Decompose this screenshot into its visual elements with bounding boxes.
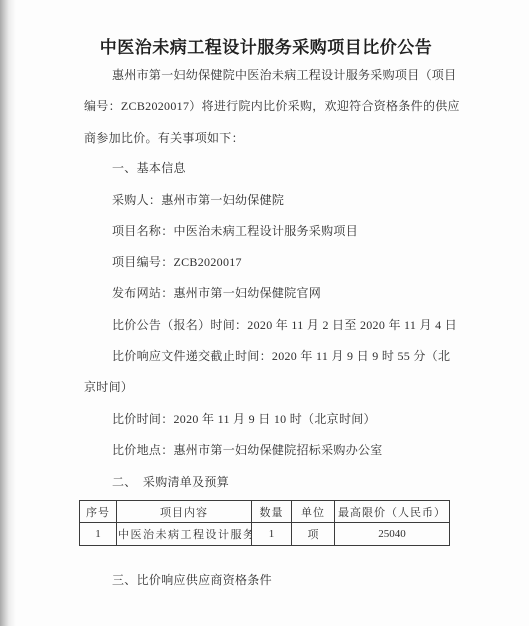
- col-header-unit: 单位: [292, 501, 335, 523]
- section3-heading: 三、比价响应供应商资格条件: [112, 572, 272, 588]
- document-title: 中医治未病工程设计服务采购项目比价公告: [84, 33, 448, 58]
- intro-line-1: 惠州市第一妇幼保健院中医治未病工程设计服务采购项目（项目: [112, 67, 456, 83]
- table-header-row: 序号 项目内容 数量 单位 最高限价（人民币）: [80, 501, 450, 523]
- project-number-line: 项目编号：ZCB2020017: [112, 254, 242, 270]
- section1-heading: 一、基本信息: [112, 160, 186, 176]
- comparison-time-line: 比价时间：2020 年 11 月 9 日 10 时（北京时间）: [112, 411, 376, 427]
- col-header-content: 项目内容: [117, 501, 252, 523]
- deadline-line-wrap: 京时间）: [84, 379, 133, 395]
- buyer-line: 采购人：惠州市第一妇幼保健院: [112, 192, 284, 208]
- publish-site-line: 发布网站：惠州市第一妇幼保健院官网: [112, 285, 321, 301]
- announcement-time-line: 比价公告（报名）时间：2020 年 11 月 2 日至 2020 年 11 月 …: [112, 317, 457, 333]
- comparison-location-line: 比价地点：惠州市第一妇幼保健院招标采购办公室: [112, 442, 383, 458]
- table-row: 1 中医治未病工程设计服务 1 项 25040: [80, 523, 450, 546]
- col-header-index: 序号: [80, 501, 117, 523]
- cell-maxprice: 25040: [335, 523, 450, 546]
- procurement-table: 序号 项目内容 数量 单位 最高限价（人民币） 1 中医治未病工程设计服务 1 …: [79, 500, 450, 546]
- cell-index: 1: [80, 523, 117, 546]
- project-name-line: 项目名称：中医治未病工程设计服务采购项目: [112, 223, 358, 239]
- deadline-line: 比价响应文件递交截止时间：2020 年 11 月 9 日 9 时 55 分（北: [112, 348, 450, 364]
- cell-quantity: 1: [252, 523, 292, 546]
- cell-unit: 项: [292, 523, 335, 546]
- scanned-document-page: 中医治未病工程设计服务采购项目比价公告 惠州市第一妇幼保健院中医治未病工程设计服…: [0, 0, 529, 626]
- cell-content: 中医治未病工程设计服务: [117, 523, 252, 546]
- intro-line-2: 编号：ZCB2020017）将进行院内比价采购，欢迎符合资格条件的供应: [84, 98, 460, 114]
- col-header-quantity: 数量: [252, 501, 292, 523]
- section2-heading: 二、 采购清单及预算: [112, 474, 229, 490]
- col-header-maxprice: 最高限价（人民币）: [335, 501, 450, 523]
- intro-line-3: 商参加比价。有关事项如下：: [84, 130, 244, 146]
- scan-edge-artifact: [0, 0, 16, 626]
